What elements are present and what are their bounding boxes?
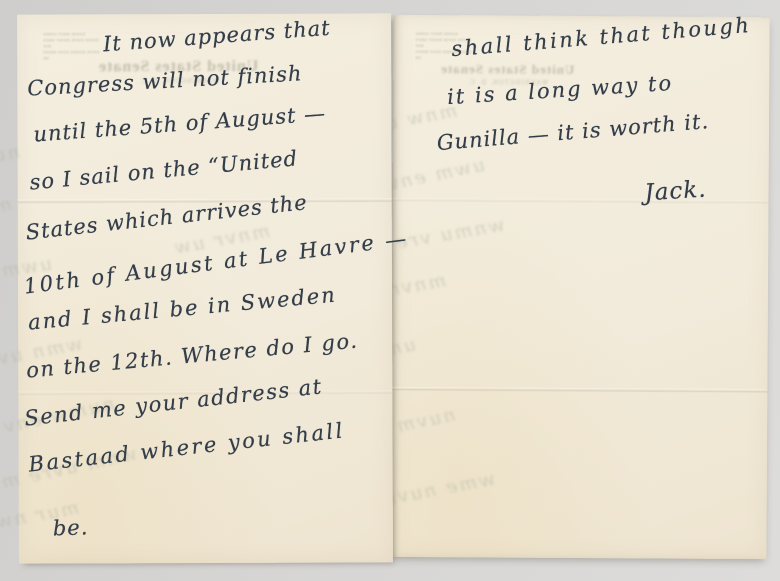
handwriting-line: Congress will not finish — [27, 61, 303, 100]
committee-line: nuwm mnvr uwme — [43, 32, 101, 38]
handwriting-line: Gunilla — it is worth it. — [436, 109, 710, 155]
bleedthrough-scrawl-line: nuv mwr — [0, 141, 21, 178]
handwriting-line: on the 12th. Where do I go. — [25, 328, 359, 382]
senate-letterhead-title: United States Senate — [417, 61, 597, 78]
committee-block-bleedthrough: nuwm mnvr uwme mwen nuvm mnwr umre mw un… — [43, 32, 101, 62]
handwriting-line: it is a long way to — [446, 71, 673, 109]
handwriting-line: States which arrives the — [25, 190, 309, 244]
committee-line: unvm mwmn nuve mnwr un — [43, 50, 101, 62]
fold-crease — [393, 198, 769, 204]
handwriting-line: shall think that though — [450, 13, 752, 61]
handwriting-line: It now appears that — [102, 16, 331, 57]
committee-line: mwen nuvm mnwr umre mw — [43, 38, 101, 50]
letter-right-page: nuwm mnvr uwme mwen nuvm mnwr umre mw un… — [390, 15, 769, 559]
handwriting-line: Send me your address at — [23, 374, 324, 430]
signature: Jack. — [644, 176, 708, 206]
letter-photograph: nuwm mnvr uwme mwen nuvm mnwr umre mw un… — [0, 0, 780, 581]
fold-crease — [391, 387, 767, 393]
handwriting-line: so I sail on the “United — [29, 146, 299, 194]
bleedthrough-scrawl-line: mnw umre — [0, 193, 14, 238]
handwriting-line: Bastaad where you shall — [27, 418, 346, 476]
handwriting-line: until the 5th of August — — [33, 101, 327, 146]
handwriting-line: be. — [52, 515, 88, 540]
letter-left-page: nuwm mnvr uwme mwen nuvm mnwr umre mw un… — [17, 13, 393, 563]
